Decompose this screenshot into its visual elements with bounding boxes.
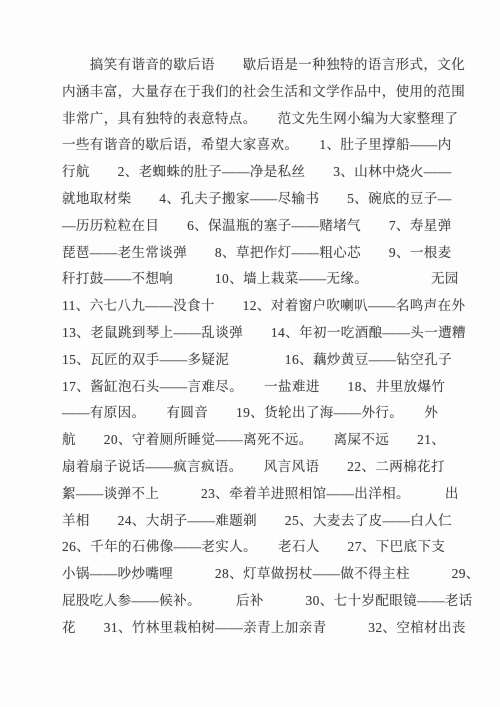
text-line: ——有原因。 有圆音 19、货轮出了海——外行。 外 [62, 400, 444, 427]
document-text: 搞笑有谐音的歇后语 歇后语是一种独特的语言形式，文化内涵丰富，大量存在于我们的社… [62, 52, 444, 642]
text-line: 航 20、守着厕所睡觉——离死不远。 离屎不远 21、 [62, 427, 444, 454]
text-line: 26、千年的石佛像——老实人。 老石人 27、下巴底下支 [62, 534, 444, 561]
text-line: 行航 2、老蜘蛛的肚子——净是私丝 3、山林中烧火—— [62, 159, 444, 186]
text-line: 一些有谐音的歇后语，希望大家喜欢。 1、肚子里撑船——内 [62, 132, 444, 159]
text-line: 琵琶——老生常谈弹 8、草把作灯——粗心芯 9、一根麦 [62, 240, 444, 267]
text-line: 扇着扇子说话——疯言疯语。 风言风语 22、二两棉花打 [62, 454, 444, 481]
text-line: 搞笑有谐音的歇后语 歇后语是一种独特的语言形式，文化 [62, 52, 444, 79]
text-line: 内涵丰富，大量存在于我们的社会生活和文学作品中，使用的范围 [62, 79, 444, 106]
text-line: 花 31、竹林里栽柏树——亲青上加亲青 32、空棺材出丧 [62, 615, 444, 642]
text-line: 15、瓦匠的双手——多疑泥 16、藕炒黄豆——钻空孔子 [62, 347, 444, 374]
text-line: 秆打鼓——不想响 10、墙上栽菜——无缘。 无园 [62, 266, 444, 293]
document-page: 搞笑有谐音的歇后语 歇后语是一种独特的语言形式，文化内涵丰富，大量存在于我们的社… [0, 0, 500, 707]
text-line: 屁股吃人参——候补。 后补 30、七十岁配眼镜——老话 [62, 588, 444, 615]
text-line: 非常广，具有独特的表意特点。 范文先生网小编为大家整理了 [62, 106, 444, 133]
text-line: 13、老鼠跳到琴上——乱谈弹 14、年初一吃酒酿——头一遭糟 [62, 320, 444, 347]
text-line: —历历粒粒在目 6、保温瓶的塞子——赌堵气 7、寿星弹 [62, 213, 444, 240]
text-line: 羊相 24、大胡子——难题剃 25、大麦去了皮——白人仁 [62, 508, 444, 535]
text-line: 11、六七八九——没食十 12、对着窗户吹喇叭——名鸣声在外 [62, 293, 444, 320]
text-line: 就地取材柴 4、孔夫子搬家——尽输书 5、碗底的豆子— [62, 186, 444, 213]
text-line: 小锅——吵炒嘴哩 28、灯草做拐杖——做不得主柱 29、 [62, 561, 444, 588]
text-line: 絮——谈弹不上 23、牵着羊进照相馆——出洋相。 出 [62, 481, 444, 508]
text-line: 17、酱缸泡石头——言难尽。 一盐难进 18、井里放爆竹 [62, 374, 444, 401]
